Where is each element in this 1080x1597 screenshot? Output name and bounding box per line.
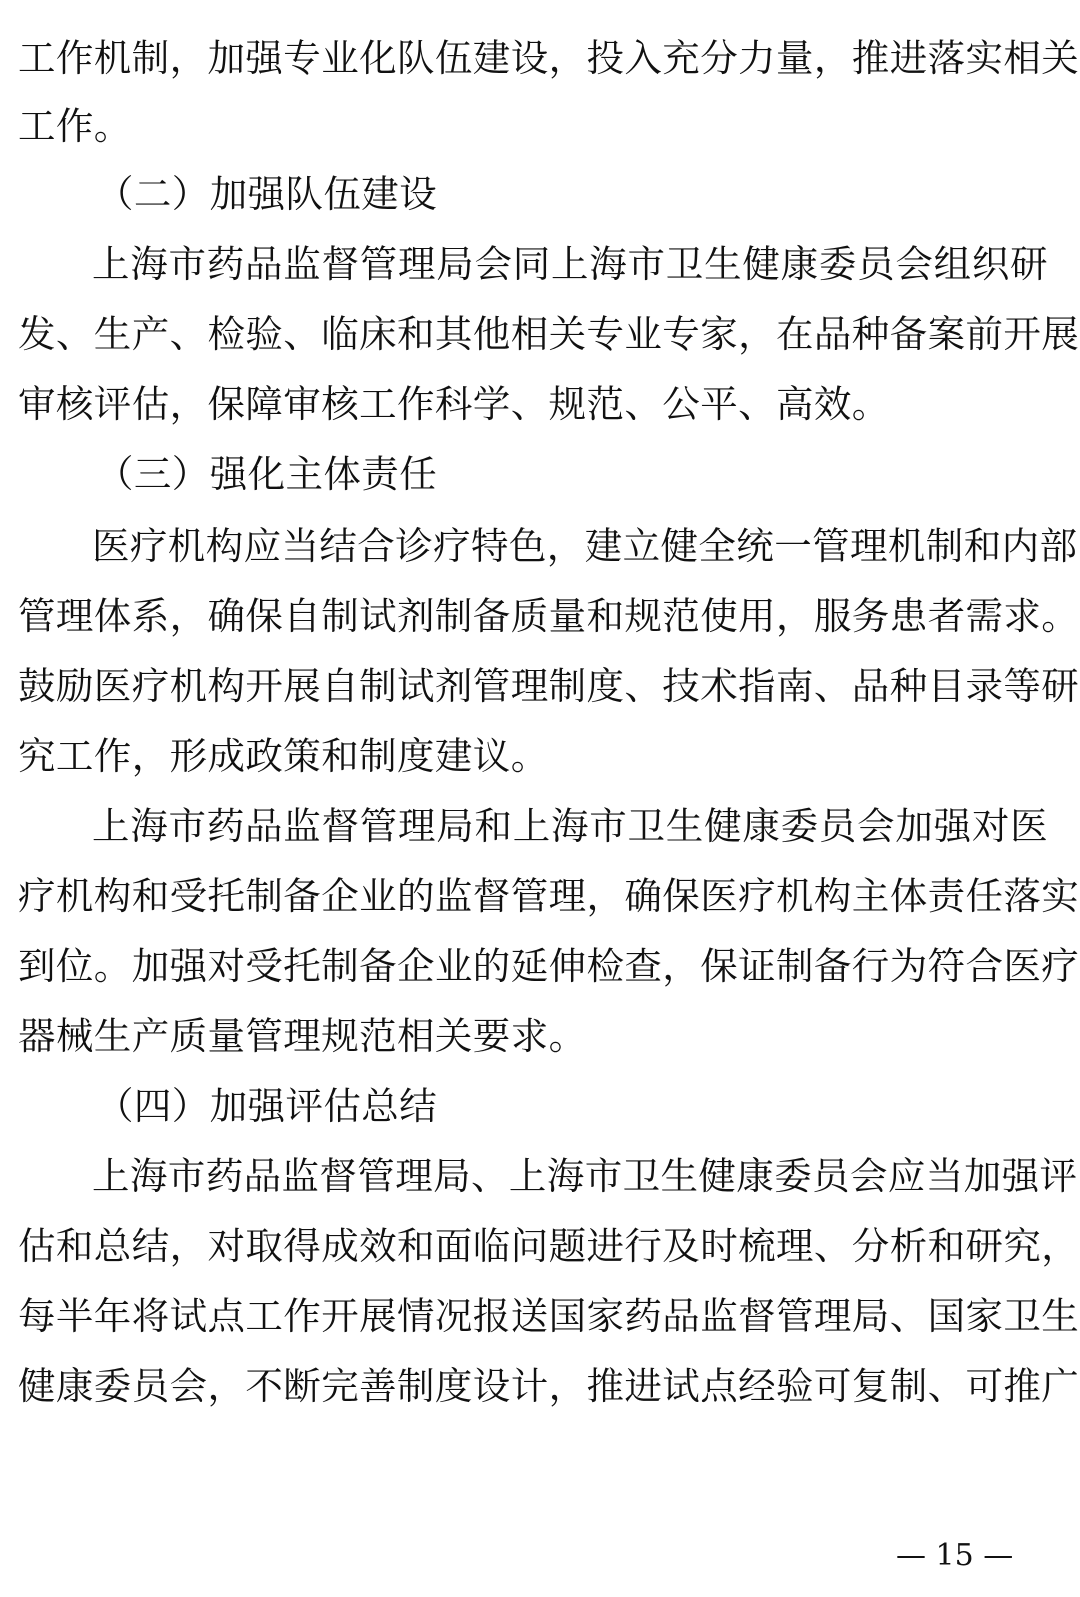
section-4-paragraph-1-line-4: 健康委员会，不断完善制度设计，推进试点经验可复制、可推广。 [18,1358,1048,1414]
section-2-paragraph-1-line-2: 发、生产、检验、临床和其他相关专业专家，在品种备案前开展 [18,306,1048,362]
page-number: — 15 — [896,1536,1013,1576]
section-4-paragraph-1-line-2: 估和总结，对取得成效和面临问题进行及时梳理、分析和研究， [18,1218,1048,1274]
section-3-paragraph-2-line-4: 器械生产质量管理规范相关要求。 [18,1008,1048,1064]
section-2-paragraph-1-line-1: 上海市药品监督管理局会同上海市卫生健康委员会组织研 [92,236,1048,292]
continuation-line-2: 工作。 [18,98,1048,154]
section-3-paragraph-1-line-2: 管理体系，确保自制试剂制备质量和规范使用，服务患者需求。 [18,588,1048,644]
section-3-paragraph-2-line-1: 上海市药品监督管理局和上海市卫生健康委员会加强对医 [92,798,1048,854]
section-2-paragraph-1-line-3: 审核评估，保障审核工作科学、规范、公平、高效。 [18,376,1048,432]
section-3-paragraph-1-line-4: 究工作，形成政策和制度建议。 [18,728,1048,784]
section-4-paragraph-1-line-3: 每半年将试点工作开展情况报送国家药品监督管理局、国家卫生 [18,1288,1048,1344]
section-3-paragraph-2-line-3: 到位。加强对受托制备企业的延伸检查，保证制备行为符合医疗 [18,938,1048,994]
section-heading-4: （四）加强评估总结 [96,1078,437,1134]
continuation-line-1: 工作机制，加强专业化队伍建设，投入充分力量，推进落实相关 [18,30,1048,86]
section-3-paragraph-1-line-1: 医疗机构应当结合诊疗特色，建立健全统一管理机制和内部 [92,518,1048,574]
document-page: 工作机制，加强专业化队伍建设，投入充分力量，推进落实相关 工作。 （二）加强队伍… [0,0,1080,1597]
section-heading-2: （二）加强队伍建设 [96,166,437,222]
section-4-paragraph-1-line-1: 上海市药品监督管理局、上海市卫生健康委员会应当加强评 [92,1148,1048,1204]
section-3-paragraph-1-line-3: 鼓励医疗机构开展自制试剂管理制度、技术指南、品种目录等研 [18,658,1048,714]
section-3-paragraph-2-line-2: 疗机构和受托制备企业的监督管理，确保医疗机构主体责任落实 [18,868,1048,924]
section-heading-3: （三）强化主体责任 [96,446,437,502]
